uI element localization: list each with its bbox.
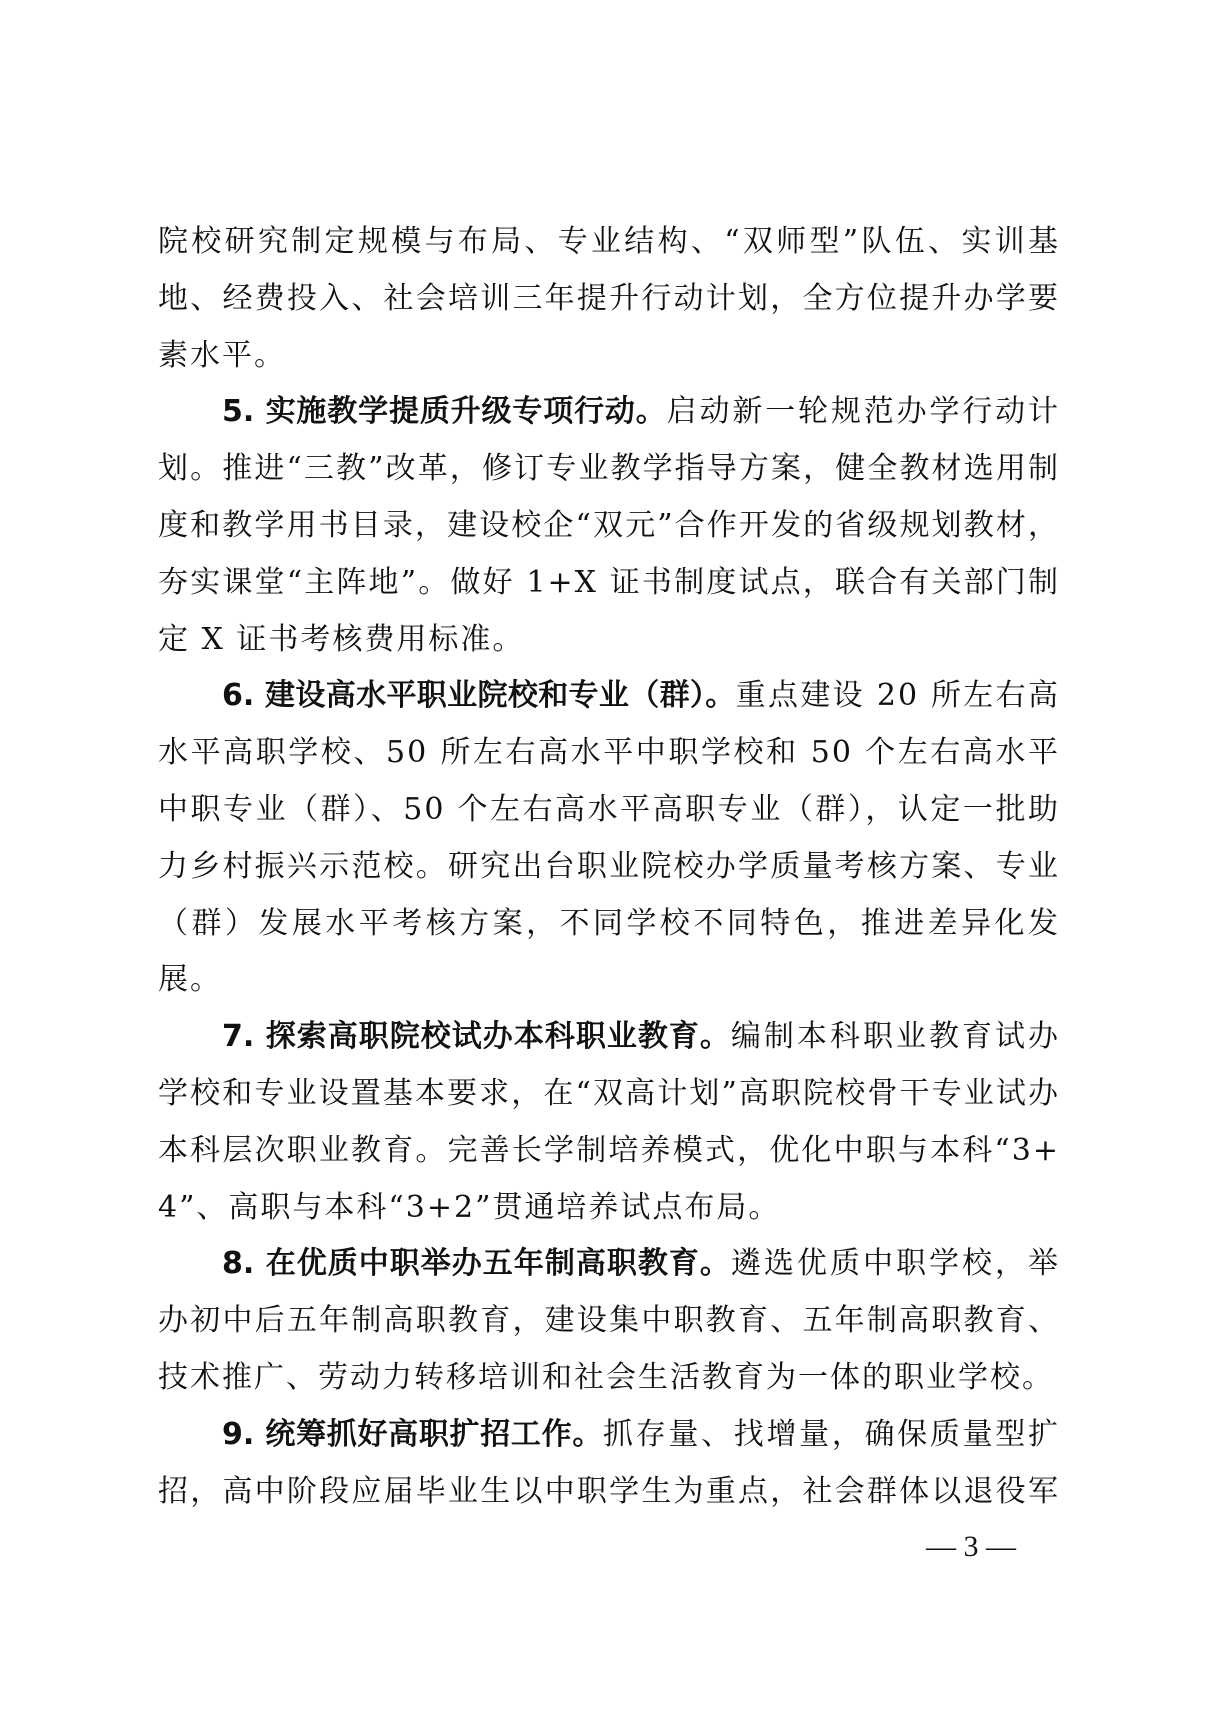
- paragraph-item-5: 5. 实施教学提质升级专项行动。启动新一轮规范办学行动计划。推进“三教”改革，修…: [158, 384, 1060, 668]
- item-heading: 8. 在优质中职举办五年制高职教育。: [222, 1246, 731, 1281]
- paragraph-body: 院校研究制定规模与布局、专业结构、“双师型”队伍、实训基地、经费投入、社会培训三…: [158, 224, 1060, 373]
- paragraph-item-7: 7. 探索高职院校试办本科职业教育。编制本科职业教育试办学校和专业设置基本要求，…: [158, 1009, 1060, 1236]
- paragraph-body: 启动新一轮规范办学行动计划。推进“三教”改革，修订专业教学指导方案，健全教材选用…: [158, 394, 1060, 656]
- paragraph-item-8: 8. 在优质中职举办五年制高职教育。遴选优质中职学校，举办初中后五年制高职教育，…: [158, 1236, 1060, 1406]
- item-heading: 7. 探索高职院校试办本科职业教育。: [222, 1019, 731, 1054]
- paragraph-item-9: 9. 统筹抓好高职扩招工作。抓存量、找增量，确保质量型扩招，高中阶段应届毕业生以…: [158, 1407, 1060, 1521]
- item-heading: 5. 实施教学提质升级专项行动。: [222, 394, 667, 429]
- item-heading: 9. 统筹抓好高职扩招工作。: [222, 1417, 603, 1452]
- page-number: — 3 —: [926, 1530, 1016, 1564]
- paragraph-item-6: 6. 建设高水平职业院校和专业（群）。重点建设 20 所左右高水平高职学校、50…: [158, 668, 1060, 1009]
- paragraph-body: 重点建设 20 所左右高水平高职学校、50 所左右高水平中职学校和 50 个左右…: [158, 678, 1060, 997]
- document-page: 院校研究制定规模与布局、专业结构、“双师型”队伍、实训基地、经费投入、社会培训三…: [158, 214, 1060, 1520]
- item-heading: 6. 建设高水平职业院校和专业（群）。: [222, 678, 736, 713]
- paragraph-continuation: 院校研究制定规模与布局、专业结构、“双师型”队伍、实训基地、经费投入、社会培训三…: [158, 214, 1060, 384]
